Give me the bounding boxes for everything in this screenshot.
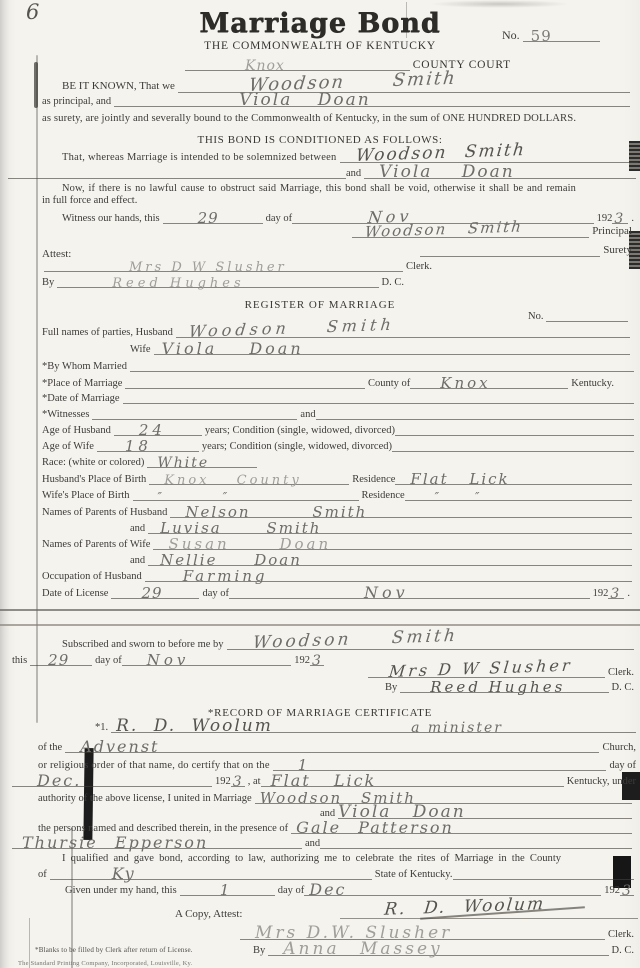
occupation-line: Farming	[145, 576, 632, 582]
hw-register-husband: Woodson Smith	[188, 317, 396, 340]
hw-given-day: 1	[220, 883, 231, 898]
register-clerk-label: Clerk.	[605, 667, 634, 678]
kentucky-under-label: Kentucky, under	[564, 776, 636, 787]
county-line: Knox	[410, 383, 568, 389]
clerk-footnote: *Blanks to be filled by Clerk after retu…	[35, 946, 193, 954]
hw-given-year: 3	[622, 884, 632, 898]
hw-age-wife: 18	[125, 439, 152, 454]
cert-place-line: Flat Lick	[261, 781, 564, 787]
register-wife-row: Wife Viola Doan	[130, 341, 630, 355]
qualified-clause: I qualified and gave bond, according to …	[62, 853, 561, 864]
hw-witness-day: 29	[198, 211, 219, 226]
cert-county-line-2	[453, 874, 634, 880]
sworn-this-label: this	[12, 655, 30, 666]
hw-occupation: Farming	[183, 569, 268, 584]
witness2-and-label: and	[302, 838, 320, 849]
place-of-marriage-label: *Place of Marriage	[42, 378, 125, 389]
hw-cert-month: Dec.	[37, 773, 81, 789]
witnesses-and-label: and	[297, 409, 315, 420]
and-bride-row: and Viola Doan	[8, 165, 636, 179]
hw-license-day: 29	[141, 586, 162, 601]
wife-birth-row: Wife's Place of Birth ″ ″ Residence ″ ″	[42, 487, 632, 501]
witness-1-line	[92, 414, 297, 420]
scan-smudge-top	[430, 0, 570, 8]
cert-at-label: , at	[245, 776, 261, 787]
cert-month-line: Dec.	[12, 781, 212, 787]
state-of-kentucky-label: State of Kentucky.	[372, 869, 453, 880]
cert-witness2-line: Thursie Epperson	[12, 843, 302, 849]
hw-sworn-year: 3	[312, 654, 322, 668]
register-husband-row: Full names of parties, Husband Woodson S…	[42, 324, 630, 338]
sworn-month-line: Nov	[122, 660, 292, 666]
conditioned-heading: THIS BOND IS CONDITIONED AS FOLLOWS:	[0, 134, 640, 146]
church-row: of the Advenst Church,	[38, 739, 636, 753]
hw-cert-place: Flat Lick	[271, 773, 377, 789]
register-no-line	[546, 316, 628, 322]
wife-mother-row: and Nellie Doan	[130, 552, 632, 566]
county-court-row: Knox COUNTY COURT	[185, 57, 511, 71]
by-whom-married-row: *By Whom Married	[42, 358, 634, 372]
cert-dc-label: D. C.	[609, 945, 634, 956]
blank-line	[8, 173, 346, 179]
certificate-heading: *RECORD OF MARRIAGE CERTIFICATE	[0, 707, 640, 719]
as-principal-row: as principal, and Viola Doan	[42, 93, 630, 107]
hw-sworn-day: 29	[48, 653, 69, 668]
attest-dc-row: By Reed Hughes D. C.	[42, 274, 404, 288]
license-day-of-label: day of	[199, 588, 229, 599]
section-divider-rule-1	[0, 609, 640, 611]
hw-cert-dc-signature: Anna Massey	[283, 941, 442, 958]
cert-clerk-label: Clerk.	[605, 929, 634, 940]
age-husband-label: Age of Husband	[42, 425, 114, 436]
copy-attest-label: A Copy, Attest:	[175, 908, 242, 920]
sworn-day-of-label: day of	[92, 655, 122, 666]
wife-parents-label: Names of Parents of Wife	[42, 539, 153, 550]
husband-mother-line: Luvisa Smith	[148, 528, 632, 534]
of-the-label: of the	[38, 742, 65, 753]
hw-cert-witness1: Gale Patterson	[296, 820, 454, 836]
condition-husband-label: years; Condition (single, widowed, divor…	[202, 425, 395, 436]
hw-cert-witness2: Thursie Epperson	[22, 835, 208, 851]
hw-principal-signature: Woodson Smith	[364, 219, 524, 240]
hw-given-month: Dec	[309, 882, 346, 898]
wife-birth-line: ″ ″	[133, 495, 359, 501]
sworn-day-line: 29	[30, 660, 92, 666]
given-year-prefix: 192	[601, 885, 620, 896]
race-label: Race: (white or colored)	[42, 457, 147, 468]
wife-parents-row: Names of Parents of Wife Susan Doan	[42, 536, 632, 550]
hw-sworn-name: Woodson Smith	[252, 628, 459, 652]
by-whom-married-label: *By Whom Married	[42, 361, 130, 372]
paper-fold-crease-dark-segment	[34, 62, 38, 108]
witness-hands-row: Witness our hands, this 29 day of Nov 19…	[62, 210, 634, 224]
age-husband-row: Age of Husband 24 years; Condition (sing…	[42, 422, 634, 436]
hw-surety-name: Viola Doan	[239, 92, 371, 109]
hw-age-husband: 24	[139, 423, 166, 438]
hw-bride-name: Viola Doan	[379, 164, 515, 181]
wife-residence-label: Residence	[359, 490, 405, 501]
principal-label: Principal	[589, 226, 632, 238]
cert-of-label: of	[38, 869, 50, 880]
register-dc-line: Reed Hughes	[400, 687, 608, 693]
husband-birth-label: Husband's Place of Birth	[42, 474, 149, 485]
hw-wife-mother: Nellie Doan	[160, 553, 302, 568]
cert-witness1-line: Gale Patterson	[291, 828, 632, 834]
cert-and-bride-row: and Viola Doan	[320, 805, 632, 819]
as-principal-label: as principal, and	[42, 96, 114, 107]
hw-race-value: White	[157, 456, 209, 470]
attest-dc-line: Reed Hughes	[57, 282, 378, 288]
surety-clause: as surety, are jointly and severally bou…	[42, 112, 576, 124]
witness-2-line	[316, 414, 634, 420]
hw-license-month: Nov	[364, 585, 409, 601]
wife-mother-line: Nellie Doan	[148, 560, 632, 566]
wife-residence-line: ″ ″	[405, 495, 632, 501]
husband-mother-row: and Luvisa Smith	[130, 520, 632, 534]
license-year-line: 3	[608, 593, 624, 599]
hw-a-minister: a minister	[411, 721, 503, 735]
surety-name-line: Viola Doan	[114, 101, 630, 107]
age-wife-line: 18	[97, 446, 199, 452]
cert-year-line: 3	[231, 781, 245, 787]
register-no-label: No.	[528, 311, 546, 322]
hw-minister-name: R. D. Woolum	[116, 718, 273, 735]
hw-sworn-month: Nov	[147, 653, 190, 668]
given-month-line: Dec	[304, 890, 601, 896]
witness-hands-label: Witness our hands, this	[62, 213, 163, 224]
hw-wife-residence-ditto: ″ ″	[435, 491, 481, 503]
register-wife-line: Viola Doan	[154, 349, 630, 355]
given-label: Given under my hand, this	[65, 885, 180, 896]
register-by-label: By	[385, 682, 400, 693]
section-divider-rule-2	[0, 624, 640, 626]
by-label: By	[42, 277, 57, 288]
order-clause: or religious order of that name, do cert…	[38, 760, 273, 771]
sworn-label: Subscribed and sworn to before me by	[62, 639, 227, 650]
bride-name-line: Viola Doan	[364, 173, 636, 179]
sworn-year-line: 3	[310, 660, 324, 666]
minister-name-line: R. D. Woolum a minister	[111, 727, 636, 733]
hw-attest-clerk-signature: Mrs D W Slusher	[129, 261, 287, 274]
county-of-row: of Ky State of Kentucky.	[38, 866, 634, 880]
age-wife-label: Age of Wife	[42, 441, 97, 452]
hw-cert-county: Ky	[112, 866, 136, 882]
witness2-row: Thursie Epperson and	[12, 835, 632, 849]
solemnized-label: That, whereas Marriage is intended to be…	[62, 152, 340, 163]
by-whom-married-line	[130, 366, 634, 372]
given-day-of-label: day of	[275, 885, 305, 896]
surety-signature-row: Surety	[420, 243, 632, 257]
surety-label: Surety	[600, 245, 632, 257]
age-wife-row: Age of Wife 18 years; Condition (single,…	[42, 438, 634, 452]
husband-residence-label: Residence	[349, 474, 395, 485]
cert-dc-line: Anna Massey	[268, 950, 608, 956]
age-husband-line: 24	[114, 430, 202, 436]
register-wife-label: Wife	[130, 344, 154, 355]
certificate-item-no: *1.	[95, 722, 111, 733]
paper-fold-crease	[36, 55, 38, 723]
hw-husband-father: Nelson Smith	[185, 505, 367, 520]
register-husband-label: Full names of parties, Husband	[42, 327, 176, 338]
solemnized-row: That, whereas Marriage is intended to be…	[62, 149, 638, 163]
husband-birth-line: Knox County	[149, 479, 349, 485]
certify-row: or religious order of that name, do cert…	[38, 757, 636, 771]
hw-wife-father: Susan Doan	[168, 537, 331, 552]
occupation-label: Occupation of Husband	[42, 571, 145, 582]
cert-dc-row: By Anna Massey D. C.	[253, 942, 634, 956]
cert-year-prefix: 192	[212, 776, 231, 787]
surety-signature-line	[420, 251, 600, 257]
sworn-date-row: this 29 day of Nov 192 3	[12, 652, 324, 666]
hw-county-name: Knox	[245, 59, 285, 73]
minister-row: *1. R. D. Woolum a minister	[95, 719, 636, 733]
husband-father-line: Nelson Smith	[170, 512, 632, 518]
printer-credit: The Standard Printing Company, Incorpora…	[18, 960, 192, 967]
race-line: White	[147, 462, 257, 468]
husband-birth-row: Husband's Place of Birth Knox County Res…	[42, 471, 632, 485]
united-in-marriage-row: authority of the above license, I united…	[38, 790, 632, 804]
commonwealth-heading: THE COMMONWEALTH OF KENTUCKY	[0, 40, 640, 52]
church-label: Church,	[599, 742, 636, 753]
attest-clerk-line: Mrs D W Slusher	[44, 266, 403, 272]
wife-birth-label: Wife's Place of Birth	[42, 490, 133, 501]
race-row: Race: (white or colored) White	[42, 454, 257, 468]
sworn-name-line: Woodson Smith	[227, 644, 634, 650]
date-of-marriage-row: *Date of Marriage	[42, 390, 634, 404]
authority-clause: authority of the above license, I united…	[38, 793, 255, 804]
hw-husband-mother: Luvisa Smith	[160, 521, 321, 536]
cert-clerk-row: Mrs D.W. Slusher Clerk.	[240, 926, 634, 940]
register-dc-label: D. C.	[609, 682, 634, 693]
license-label: Date of License	[42, 588, 111, 599]
hw-attest-dc-signature: Reed Hughes	[112, 277, 244, 290]
place-of-marriage-row: *Place of Marriage County of Knox Kentuc…	[42, 375, 614, 389]
register-clerk-row: Mrs D W Slusher Clerk.	[368, 664, 634, 678]
hw-register-dc-signature: Reed Hughes	[430, 680, 565, 695]
hw-husband-birth: Knox County	[164, 474, 301, 487]
period: .	[628, 213, 634, 224]
be-it-known-label: BE IT KNOWN, That we	[62, 81, 178, 93]
witnesses-label: *Witnesses	[42, 409, 92, 420]
license-month-line: Nov	[229, 593, 590, 599]
hw-husband-residence: Flat Lick	[410, 472, 509, 487]
church-name-line: Advenst	[65, 747, 599, 753]
kentucky-label: Kentucky.	[568, 378, 614, 389]
husband-parents-label: Names of Parents of Husband	[42, 507, 170, 518]
cert-day-of-label: day of	[606, 760, 636, 771]
principal-signature-line: Woodson Smith	[352, 232, 589, 238]
husband-mother-and-label: and	[130, 523, 148, 534]
and-label: and	[346, 168, 364, 179]
license-year-prefix: 192	[590, 588, 609, 599]
license-period: .	[624, 588, 630, 599]
witness3-line	[320, 843, 632, 849]
hw-county-value: Knox	[440, 376, 490, 391]
hw-license-year: 3	[610, 587, 620, 601]
principal-signature-row: Woodson Smith Principal	[352, 224, 632, 238]
void-clause-line2: in full force and effect.	[42, 195, 137, 206]
wife-father-line: Susan Doan	[153, 544, 632, 550]
county-of-label: County of	[365, 378, 410, 389]
condition-wife-line	[392, 446, 634, 452]
attest-clerk-row: Mrs D W Slusher Clerk.	[44, 258, 432, 272]
witnesses-row: *Witnesses and	[42, 406, 634, 420]
given-year-line: 3	[620, 890, 634, 896]
given-under-hand-row: Given under my hand, this 1 day of Dec 1…	[65, 882, 634, 896]
register-no-row: No.	[528, 308, 628, 322]
hw-register-clerk-signature: Mrs D W Slusher	[388, 658, 573, 680]
witness-day-line: 29	[163, 218, 263, 224]
occupation-row: Occupation of Husband Farming	[42, 568, 632, 582]
date-of-marriage-label: *Date of Marriage	[42, 393, 123, 404]
clerk-label: Clerk.	[403, 261, 432, 272]
register-husband-line: Woodson Smith	[176, 332, 630, 338]
license-date-row: Date of License 29 day of Nov 192 3 .	[42, 585, 630, 599]
register-dc-row: By Reed Hughes D. C.	[385, 679, 634, 693]
condition-wife-label: years; Condition (single, widowed, divor…	[199, 441, 392, 452]
wife-mother-and-label: and	[130, 555, 148, 566]
void-clause-line1: Now, if there is no lawful cause to obst…	[62, 183, 576, 194]
husband-parents-row: Names of Parents of Husband Nelson Smith	[42, 504, 632, 518]
date-of-marriage-line	[123, 398, 634, 404]
year-prefix: 192	[594, 213, 613, 224]
hw-wife-birth-ditto: ″ ″	[158, 491, 229, 503]
dc-label: D. C.	[379, 277, 404, 288]
given-day-line: 1	[180, 890, 275, 896]
sworn-row: Subscribed and sworn to before me by Woo…	[62, 636, 634, 650]
condition-husband-line	[395, 430, 634, 436]
day-of-label: day of	[263, 213, 293, 224]
hw-church-name: Advenst	[80, 739, 159, 755]
cert-date-place-row: Dec. 192 3 , at Flat Lick Kentucky, unde…	[12, 773, 636, 787]
cert-by-label: By	[253, 945, 268, 956]
license-day-line: 29	[111, 593, 199, 599]
hw-cert-year: 3	[233, 775, 243, 789]
sworn-year-prefix: 192	[291, 655, 310, 666]
place-of-marriage-line	[125, 383, 364, 389]
hw-register-wife: Viola Doan	[162, 341, 304, 357]
presence-row: the persons named and described therein,…	[38, 820, 632, 834]
scanned-marriage-bond-document: 6 Marriage Bond No. 59 THE COMMONWEALTH …	[0, 0, 640, 968]
husband-residence-line: Flat Lick	[395, 479, 632, 485]
